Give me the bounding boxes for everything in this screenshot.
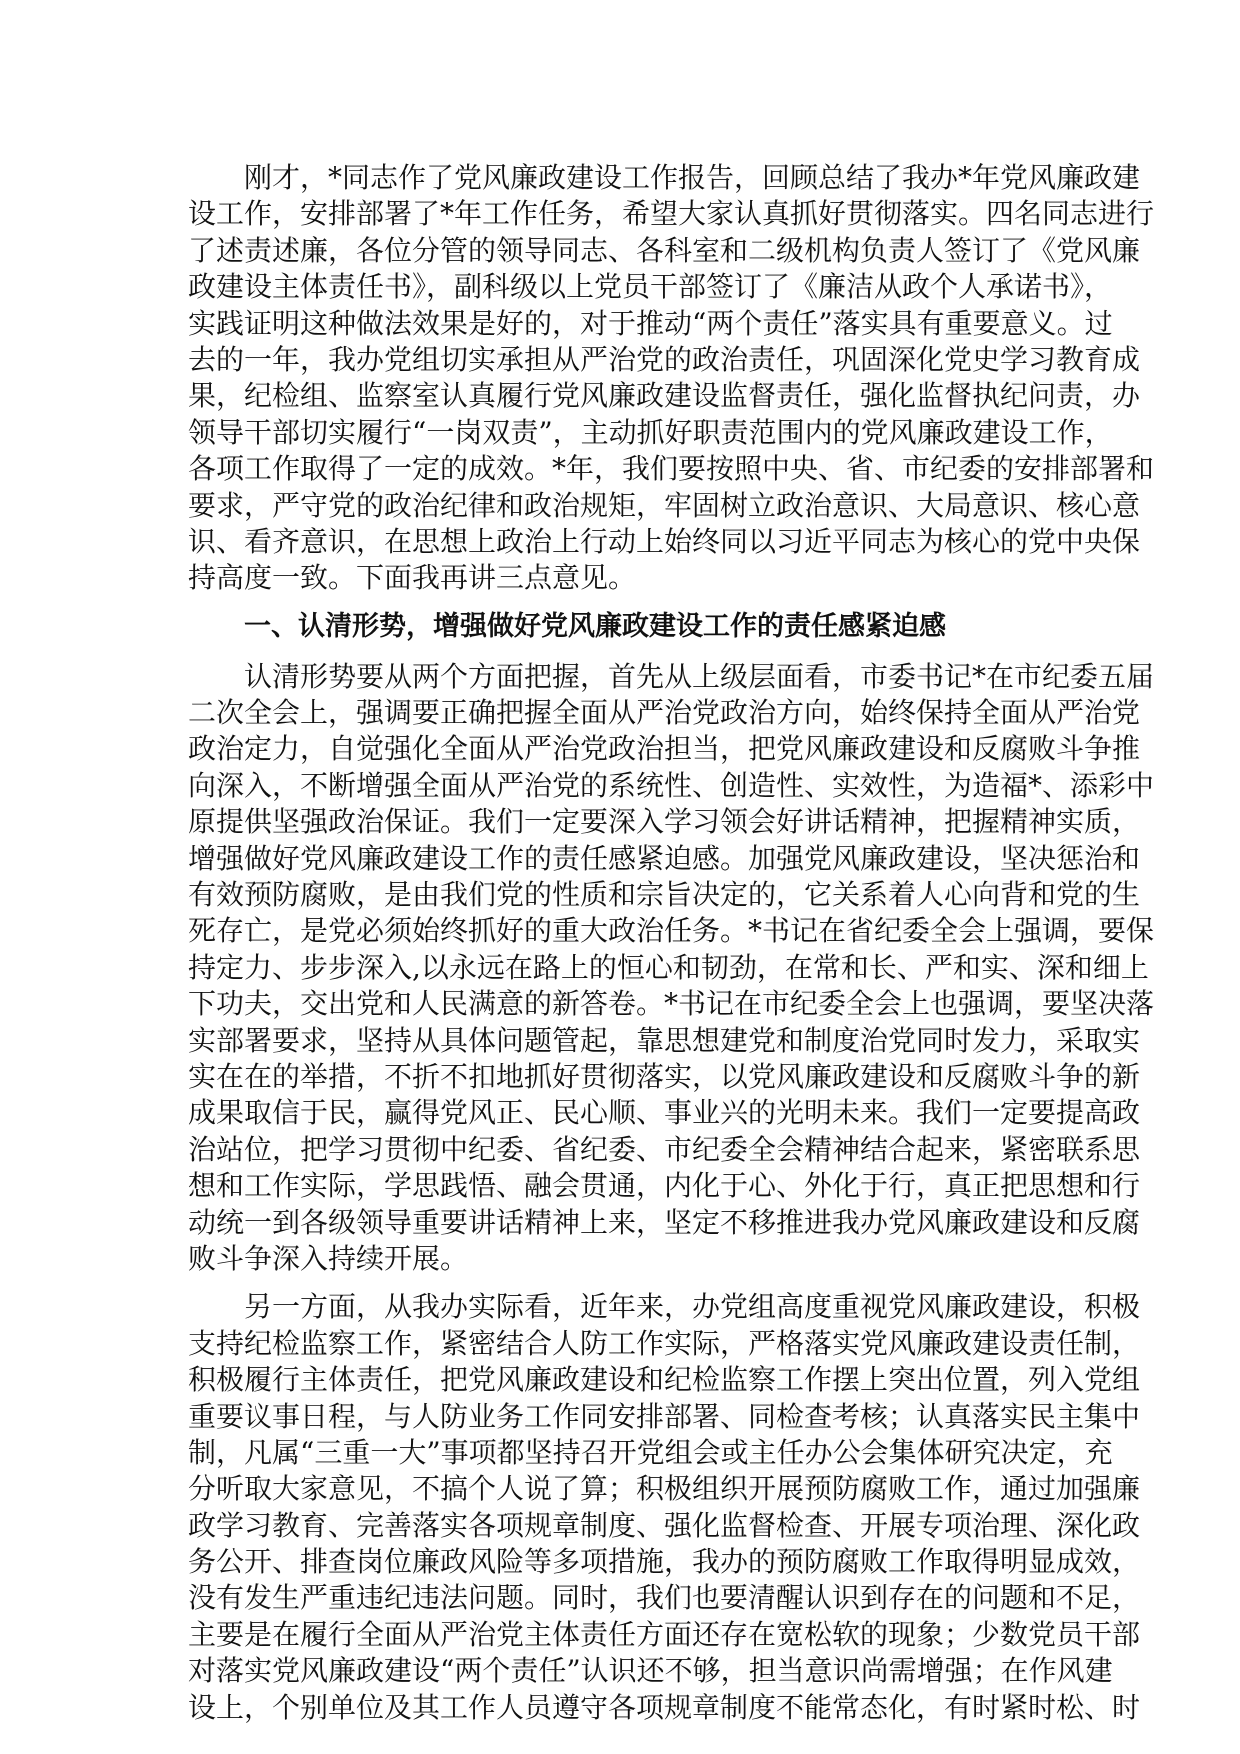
text-line: 要求，严守党的政治纪律和政治规矩，牢固树立政治意识、大局意识、核心意 xyxy=(188,488,1054,524)
text-line: 政治定力，自觉强化全面从严治党政治担当，把党风廉政建设和反腐败斗争推 xyxy=(188,731,1054,767)
text-line: 重要议事日程，与人防业务工作同安排部署、同检查考核；认真落实民主集中 xyxy=(188,1399,1054,1435)
text-line: 主要是在履行全面从严治党主体责任方面还存在宽松软的现象；少数党员干部 xyxy=(188,1617,1054,1653)
text-line: 设工作，安排部署了*年工作任务，希望大家认真抓好贯彻落实。四名同志进行 xyxy=(188,196,1054,232)
text-line: 识、看齐意识，在思想上政治上行动上始终同以习近平同志为核心的党中央保 xyxy=(188,524,1054,560)
text-line: 败斗争深入持续开展。 xyxy=(188,1241,1054,1277)
text-line: 另一方面，从我办实际看，近年来，办党组高度重视党风廉政建设，积极 xyxy=(188,1289,1054,1325)
text-line: 了述责述廉，各位分管的领导同志、各科室和二级机构负责人签订了《党风廉 xyxy=(188,233,1054,269)
text-line: 下功夫，交出党和人民满意的新答卷。*书记在市纪委全会上也强调，要坚决落 xyxy=(188,986,1054,1022)
text-line: 持高度一致。下面我再讲三点意见。 xyxy=(188,560,1054,596)
text-line: 政建设主体责任书》，副科级以上党员干部签订了《廉洁从政个人承诺书》， xyxy=(188,269,1054,305)
text-line: 积极履行主体责任，把党风廉政建设和纪检监察工作摆上突出位置，列入党组 xyxy=(188,1362,1054,1398)
text-line: 认清形势要从两个方面把握，首先从上级层面看，市委书记*在市纪委五届 xyxy=(188,659,1054,695)
text-line: 果，纪检组、监察室认真履行党风廉政建设监督责任，强化监督执纪问责，办 xyxy=(188,378,1054,414)
text-line: 动统一到各级领导重要讲话精神上来，坚定不移推进我办党风廉政建设和反腐 xyxy=(188,1205,1054,1241)
text-line: 增强做好党风廉政建设工作的责任感紧迫感。加强党风廉政建设，坚决惩治和 xyxy=(188,841,1054,877)
paragraph-situation-local: 另一方面，从我办实际看，近年来，办党组高度重视党风廉政建设，积极 支持纪检监察工… xyxy=(188,1289,1054,1726)
paragraph-situation-upper: 认清形势要从两个方面把握，首先从上级层面看，市委书记*在市纪委五届 二次全会上，… xyxy=(188,659,1054,1278)
text-line: 实践证明这种做法效果是好的，对于推动“两个责任”落实具有重要意义。过 xyxy=(188,306,1054,342)
text-line: 没有发生严重违纪违法问题。同时，我们也要清醒认识到存在的问题和不足， xyxy=(188,1580,1054,1616)
section-heading: 一、认清形势，增强做好党风廉政建设工作的责任感紧迫感 xyxy=(188,609,1054,645)
text-line: 对落实党风廉政建设“两个责任”认识还不够，担当意识尚需增强；在作风建 xyxy=(188,1653,1054,1689)
text-line: 领导干部切实履行“一岗双责”，主动抓好职责范围内的党风廉政建设工作， xyxy=(188,415,1054,451)
text-line: 实部署要求，坚持从具体问题管起，靠思想建党和制度治党同时发力，采取实 xyxy=(188,1023,1054,1059)
text-line: 分听取大家意见，不搞个人说了算；积极组织开展预防腐败工作，通过加强廉 xyxy=(188,1471,1054,1507)
paragraph-intro: 刚才，*同志作了党风廉政建设工作报告，回顾总结了我办*年党风廉政建 设工作，安排… xyxy=(188,160,1054,597)
text-line: 政学习教育、完善落实各项规章制度、强化监督检查、开展专项治理、深化政 xyxy=(188,1508,1054,1544)
text-line: 成果取信于民，赢得党风正、民心顺、事业兴的光明未来。我们一定要提高政 xyxy=(188,1095,1054,1131)
document-page: 刚才，*同志作了党风廉政建设工作报告，回顾总结了我办*年党风廉政建 设工作，安排… xyxy=(188,160,1054,1738)
text-line: 想和工作实际，学思践悟、融会贯通，内化于心、外化于行，真正把思想和行 xyxy=(188,1168,1054,1204)
text-line: 有效预防腐败，是由我们党的性质和宗旨决定的，它关系着人心向背和党的生 xyxy=(188,877,1054,913)
text-line: 死存亡，是党必须始终抓好的重大政治任务。*书记在省纪委全会上强调，要保 xyxy=(188,913,1054,949)
text-line: 制，凡属“三重一大”事项都坚持召开党组会或主任办公会集体研究决定，充 xyxy=(188,1435,1054,1471)
text-line: 原提供坚强政治保证。我们一定要深入学习领会好讲话精神，把握精神实质， xyxy=(188,804,1054,840)
text-line: 务公开、排查岗位廉政风险等多项措施，我办的预防腐败工作取得明显成效， xyxy=(188,1544,1054,1580)
text-line: 二次全会上，强调要正确把握全面从严治党政治方向，始终保持全面从严治党 xyxy=(188,695,1054,731)
text-line: 向深入，不断增强全面从严治党的系统性、创造性、实效性，为造福*、添彩中 xyxy=(188,768,1054,804)
text-line: 持定力、步步深入,以永远在路上的恒心和韧劲，在常和长、严和实、深和细上 xyxy=(188,950,1054,986)
text-line: 去的一年，我办党组切实承担从严治党的政治责任，巩固深化党史学习教育成 xyxy=(188,342,1054,378)
text-line: 支持纪检监察工作，紧密结合人防工作实际，严格落实党风廉政建设责任制， xyxy=(188,1326,1054,1362)
text-line: 刚才，*同志作了党风廉政建设工作报告，回顾总结了我办*年党风廉政建 xyxy=(188,160,1054,196)
text-line: 治站位，把学习贯彻中纪委、省纪委、市纪委全会精神结合起来，紧密联系思 xyxy=(188,1132,1054,1168)
text-line: 设上，个别单位及其工作人员遵守各项规章制度不能常态化，有时紧时松、时 xyxy=(188,1690,1054,1726)
text-line: 实在在的举措，不折不扣地抓好贯彻落实，以党风廉政建设和反腐败斗争的新 xyxy=(188,1059,1054,1095)
text-line: 各项工作取得了一定的成效。*年，我们要按照中央、省、市纪委的安排部署和 xyxy=(188,451,1054,487)
